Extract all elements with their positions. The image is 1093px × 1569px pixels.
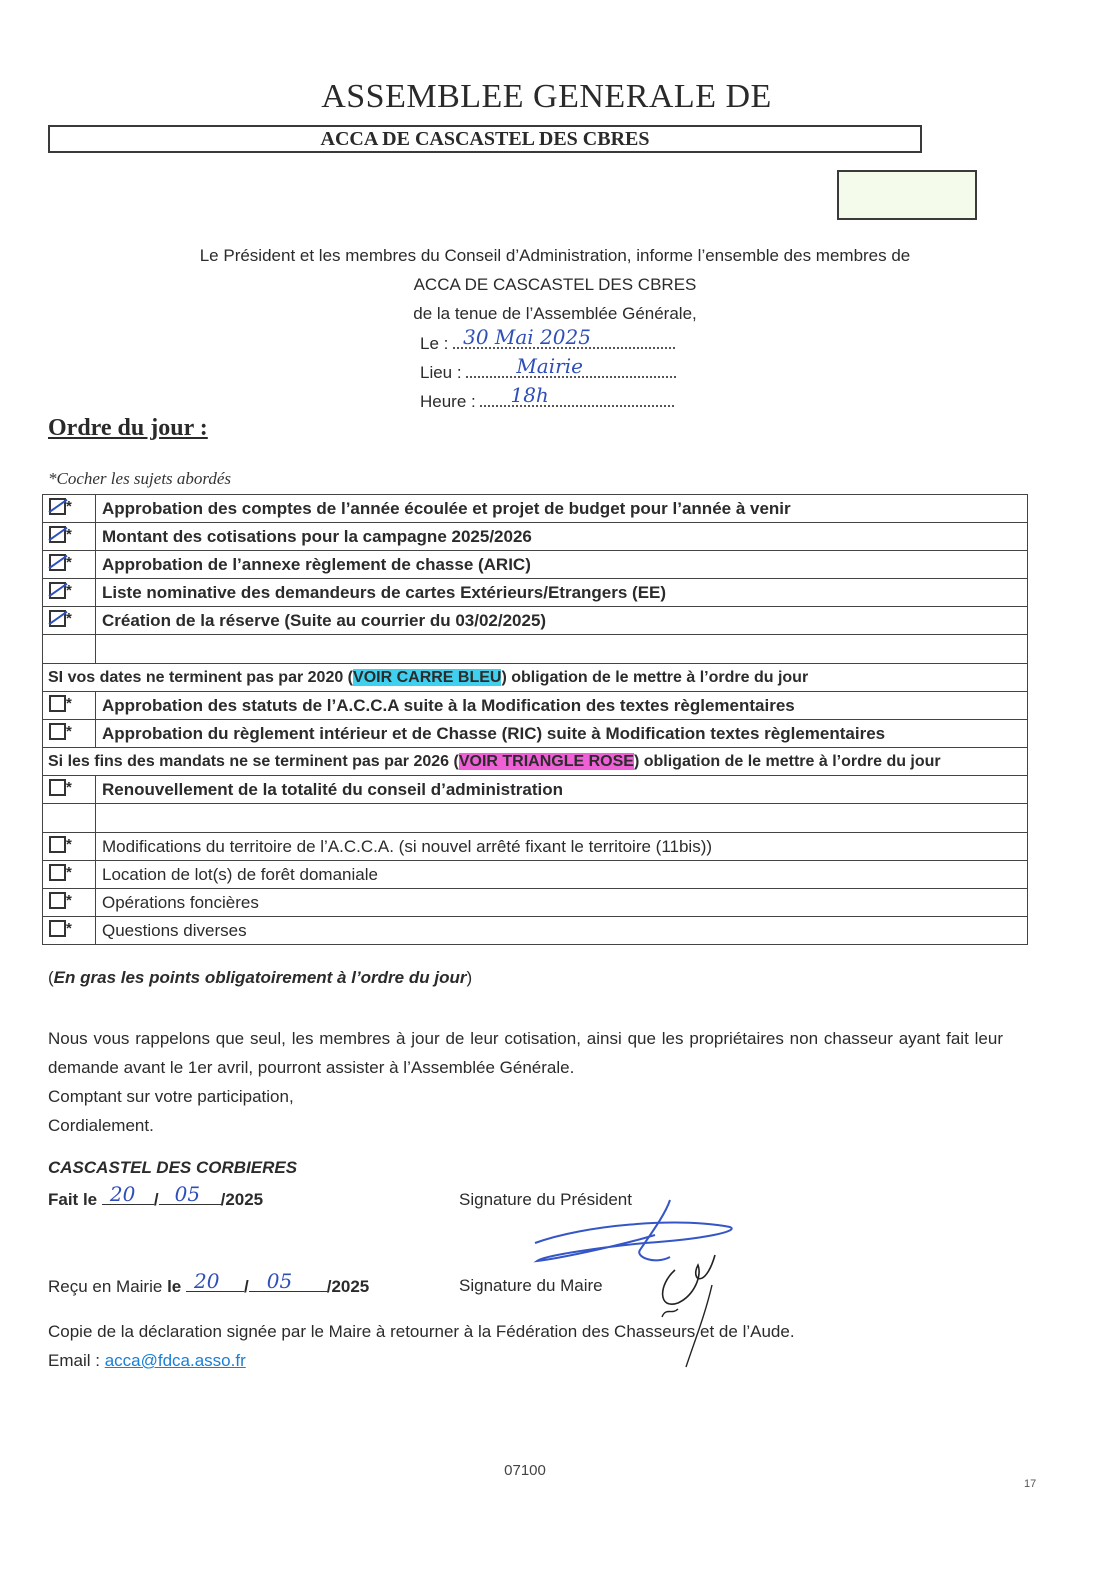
agenda-item-row: *Renouvellement de la totalité du consei…: [43, 776, 1028, 804]
agenda-item-label: Location de lot(s) de forêt domaniale: [102, 865, 378, 884]
meeting-time-label: Heure :: [420, 392, 476, 411]
intro-line-1: Le Président et les membres du Conseil d…: [0, 246, 1093, 266]
email-label: Email :: [48, 1351, 105, 1370]
agenda-item-row: *Location de lot(s) de forêt domaniale: [43, 861, 1028, 889]
agenda-item-label: Approbation de l’annexe règlement de cha…: [102, 555, 531, 574]
postal-code: 07100: [0, 1462, 1050, 1479]
checkbox[interactable]: [49, 836, 66, 853]
agenda-item-label: Approbation des statuts de l’A.C.C.A sui…: [102, 696, 795, 715]
made-on-date: Fait le 20/05/2025: [48, 1188, 263, 1210]
made-on-label: Fait le: [48, 1190, 97, 1209]
checked-checkbox[interactable]: [49, 554, 66, 571]
checked-checkbox[interactable]: [49, 582, 66, 599]
asterisk-mark: *: [66, 836, 72, 853]
agenda-item-row: *Modifications du territoire de l’A.C.C.…: [43, 833, 1028, 861]
asterisk-mark: *: [66, 695, 72, 712]
meeting-time-input[interactable]: 18h: [480, 391, 674, 407]
agenda-notice: SI vos dates ne terminent pas par 2020 (…: [43, 664, 1028, 692]
agenda-item-label: Modifications du territoire de l’A.C.C.A…: [102, 837, 712, 856]
meeting-time-field: Heure : 18h: [420, 391, 674, 412]
agenda-item-label: Renouvellement de la totalité du conseil…: [102, 780, 563, 799]
checkbox[interactable]: [49, 779, 66, 796]
agenda-instruction: *Cocher les sujets abordés: [48, 469, 231, 489]
agenda-item-row: *Opérations foncières: [43, 889, 1028, 917]
received-month-value: 05: [267, 1269, 292, 1293]
agenda-notice: Si les fins des mandats ne se terminent …: [43, 748, 1028, 776]
agenda-item-label: Opérations foncières: [102, 893, 259, 912]
highlighted-reference: VOIR TRIANGLE ROSE: [459, 753, 634, 770]
meeting-date-label: Le :: [420, 334, 448, 353]
closing-line-1: Comptant sur votre participation,: [48, 1082, 294, 1111]
highlighted-reference: VOIR CARRE BLEU: [353, 669, 501, 686]
asterisk-mark: *: [66, 920, 72, 937]
received-date: Reçu en Mairie le 20/05/2025: [48, 1275, 369, 1297]
checked-checkbox[interactable]: [49, 526, 66, 543]
meeting-date-input[interactable]: 30 Mai 2025: [453, 333, 675, 349]
made-year: /2025: [221, 1190, 264, 1209]
received-year: /2025: [327, 1277, 370, 1296]
checkbox[interactable]: [49, 695, 66, 712]
mayor-signature: [650, 1245, 730, 1370]
agenda-table: *Approbation des comptes de l’année écou…: [42, 494, 1028, 945]
asterisk-mark: *: [66, 723, 72, 740]
town-name: CASCASTEL DES CORBIERES: [48, 1158, 297, 1178]
meeting-time-value: 18h: [510, 383, 548, 407]
email-link[interactable]: acca@fdca.asso.fr: [105, 1351, 246, 1370]
made-day-input[interactable]: 20: [102, 1188, 154, 1205]
agenda-item-row: *Montant des cotisations pour la campagn…: [43, 523, 1028, 551]
checkbox[interactable]: [49, 892, 66, 909]
agenda-item-label: Approbation du règlement intérieur et de…: [102, 724, 885, 743]
made-month-value: 05: [175, 1182, 200, 1206]
checkbox[interactable]: [49, 723, 66, 740]
agenda-item-label: Approbation des comptes de l’année écoul…: [102, 499, 791, 518]
color-code-box: [837, 170, 977, 220]
agenda-item-row: *Approbation du règlement intérieur et d…: [43, 720, 1028, 748]
checked-checkbox[interactable]: [49, 498, 66, 515]
received-day-input[interactable]: 20: [186, 1275, 244, 1292]
checkbox[interactable]: [49, 864, 66, 881]
agenda-item-row: *Approbation des statuts de l’A.C.C.A su…: [43, 692, 1028, 720]
copy-instruction: Copie de la déclaration signée par le Ma…: [48, 1322, 795, 1342]
asterisk-mark: *: [66, 892, 72, 909]
intro-line-2: ACCA DE CASCASTEL DES CBRES: [0, 275, 1093, 295]
agenda-item-row: *Liste nominative des demandeurs de cart…: [43, 579, 1028, 607]
agenda-item-row: *Approbation de l’annexe règlement de ch…: [43, 551, 1028, 579]
agenda-notice-row: Si les fins des mandats ne se terminent …: [43, 748, 1028, 776]
meeting-place-value: Mairie: [516, 354, 583, 378]
page-number: 17: [1024, 1478, 1036, 1490]
received-month-input[interactable]: 05: [249, 1275, 327, 1292]
received-day-value: 20: [194, 1269, 219, 1293]
agenda-item-label: Liste nominative des demandeurs de carte…: [102, 583, 666, 602]
meeting-place-input[interactable]: Mairie: [466, 362, 676, 378]
closing-line-2: Cordialement.: [48, 1111, 294, 1140]
email-line: Email : acca@fdca.asso.fr: [48, 1351, 246, 1371]
made-month-input[interactable]: 05: [159, 1188, 221, 1205]
checkbox[interactable]: [49, 920, 66, 937]
mayor-signature-label: Signature du Maire: [459, 1276, 603, 1296]
agenda-item-label: Création de la réserve (Suite au courrie…: [102, 611, 546, 630]
closing: Comptant sur votre participation, Cordia…: [48, 1082, 294, 1140]
asterisk-mark: *: [66, 779, 72, 796]
asterisk-mark: *: [66, 864, 72, 881]
meeting-place-field: Lieu : Mairie: [420, 362, 676, 383]
document-title: ASSEMBLEE GENERALE DE: [0, 78, 1093, 116]
intro-line-3: de la tenue de l’Assemblée Générale,: [0, 304, 1093, 324]
agenda-notice-row: SI vos dates ne terminent pas par 2020 (…: [43, 664, 1028, 692]
bold-legend-text: En gras les points obligatoirement à l’o…: [54, 968, 467, 987]
agenda-item-row: *Création de la réserve (Suite au courri…: [43, 607, 1028, 635]
organization-name-box: ACCA DE CASCASTEL DES CBRES: [48, 125, 922, 153]
agenda-item-row: *Questions diverses: [43, 917, 1028, 945]
agenda-item-label: Questions diverses: [102, 921, 247, 940]
checked-checkbox[interactable]: [49, 610, 66, 627]
meeting-place-label: Lieu :: [420, 363, 462, 382]
agenda-blank-row: [43, 804, 1028, 833]
meeting-date-value: 30 Mai 2025: [463, 325, 591, 349]
reminder-paragraph: Nous vous rappelons que seul, les membre…: [48, 1024, 1003, 1082]
agenda-item-row: *Approbation des comptes de l’année écou…: [43, 495, 1028, 523]
agenda-blank-row: [43, 635, 1028, 664]
agenda-heading: Ordre du jour :: [48, 415, 208, 442]
meeting-date-field: Le : 30 Mai 2025: [420, 333, 675, 354]
made-day-value: 20: [110, 1182, 135, 1206]
bold-legend-note: (En gras les points obligatoirement à l’…: [48, 968, 472, 988]
agenda-item-label: Montant des cotisations pour la campagne…: [102, 527, 532, 546]
